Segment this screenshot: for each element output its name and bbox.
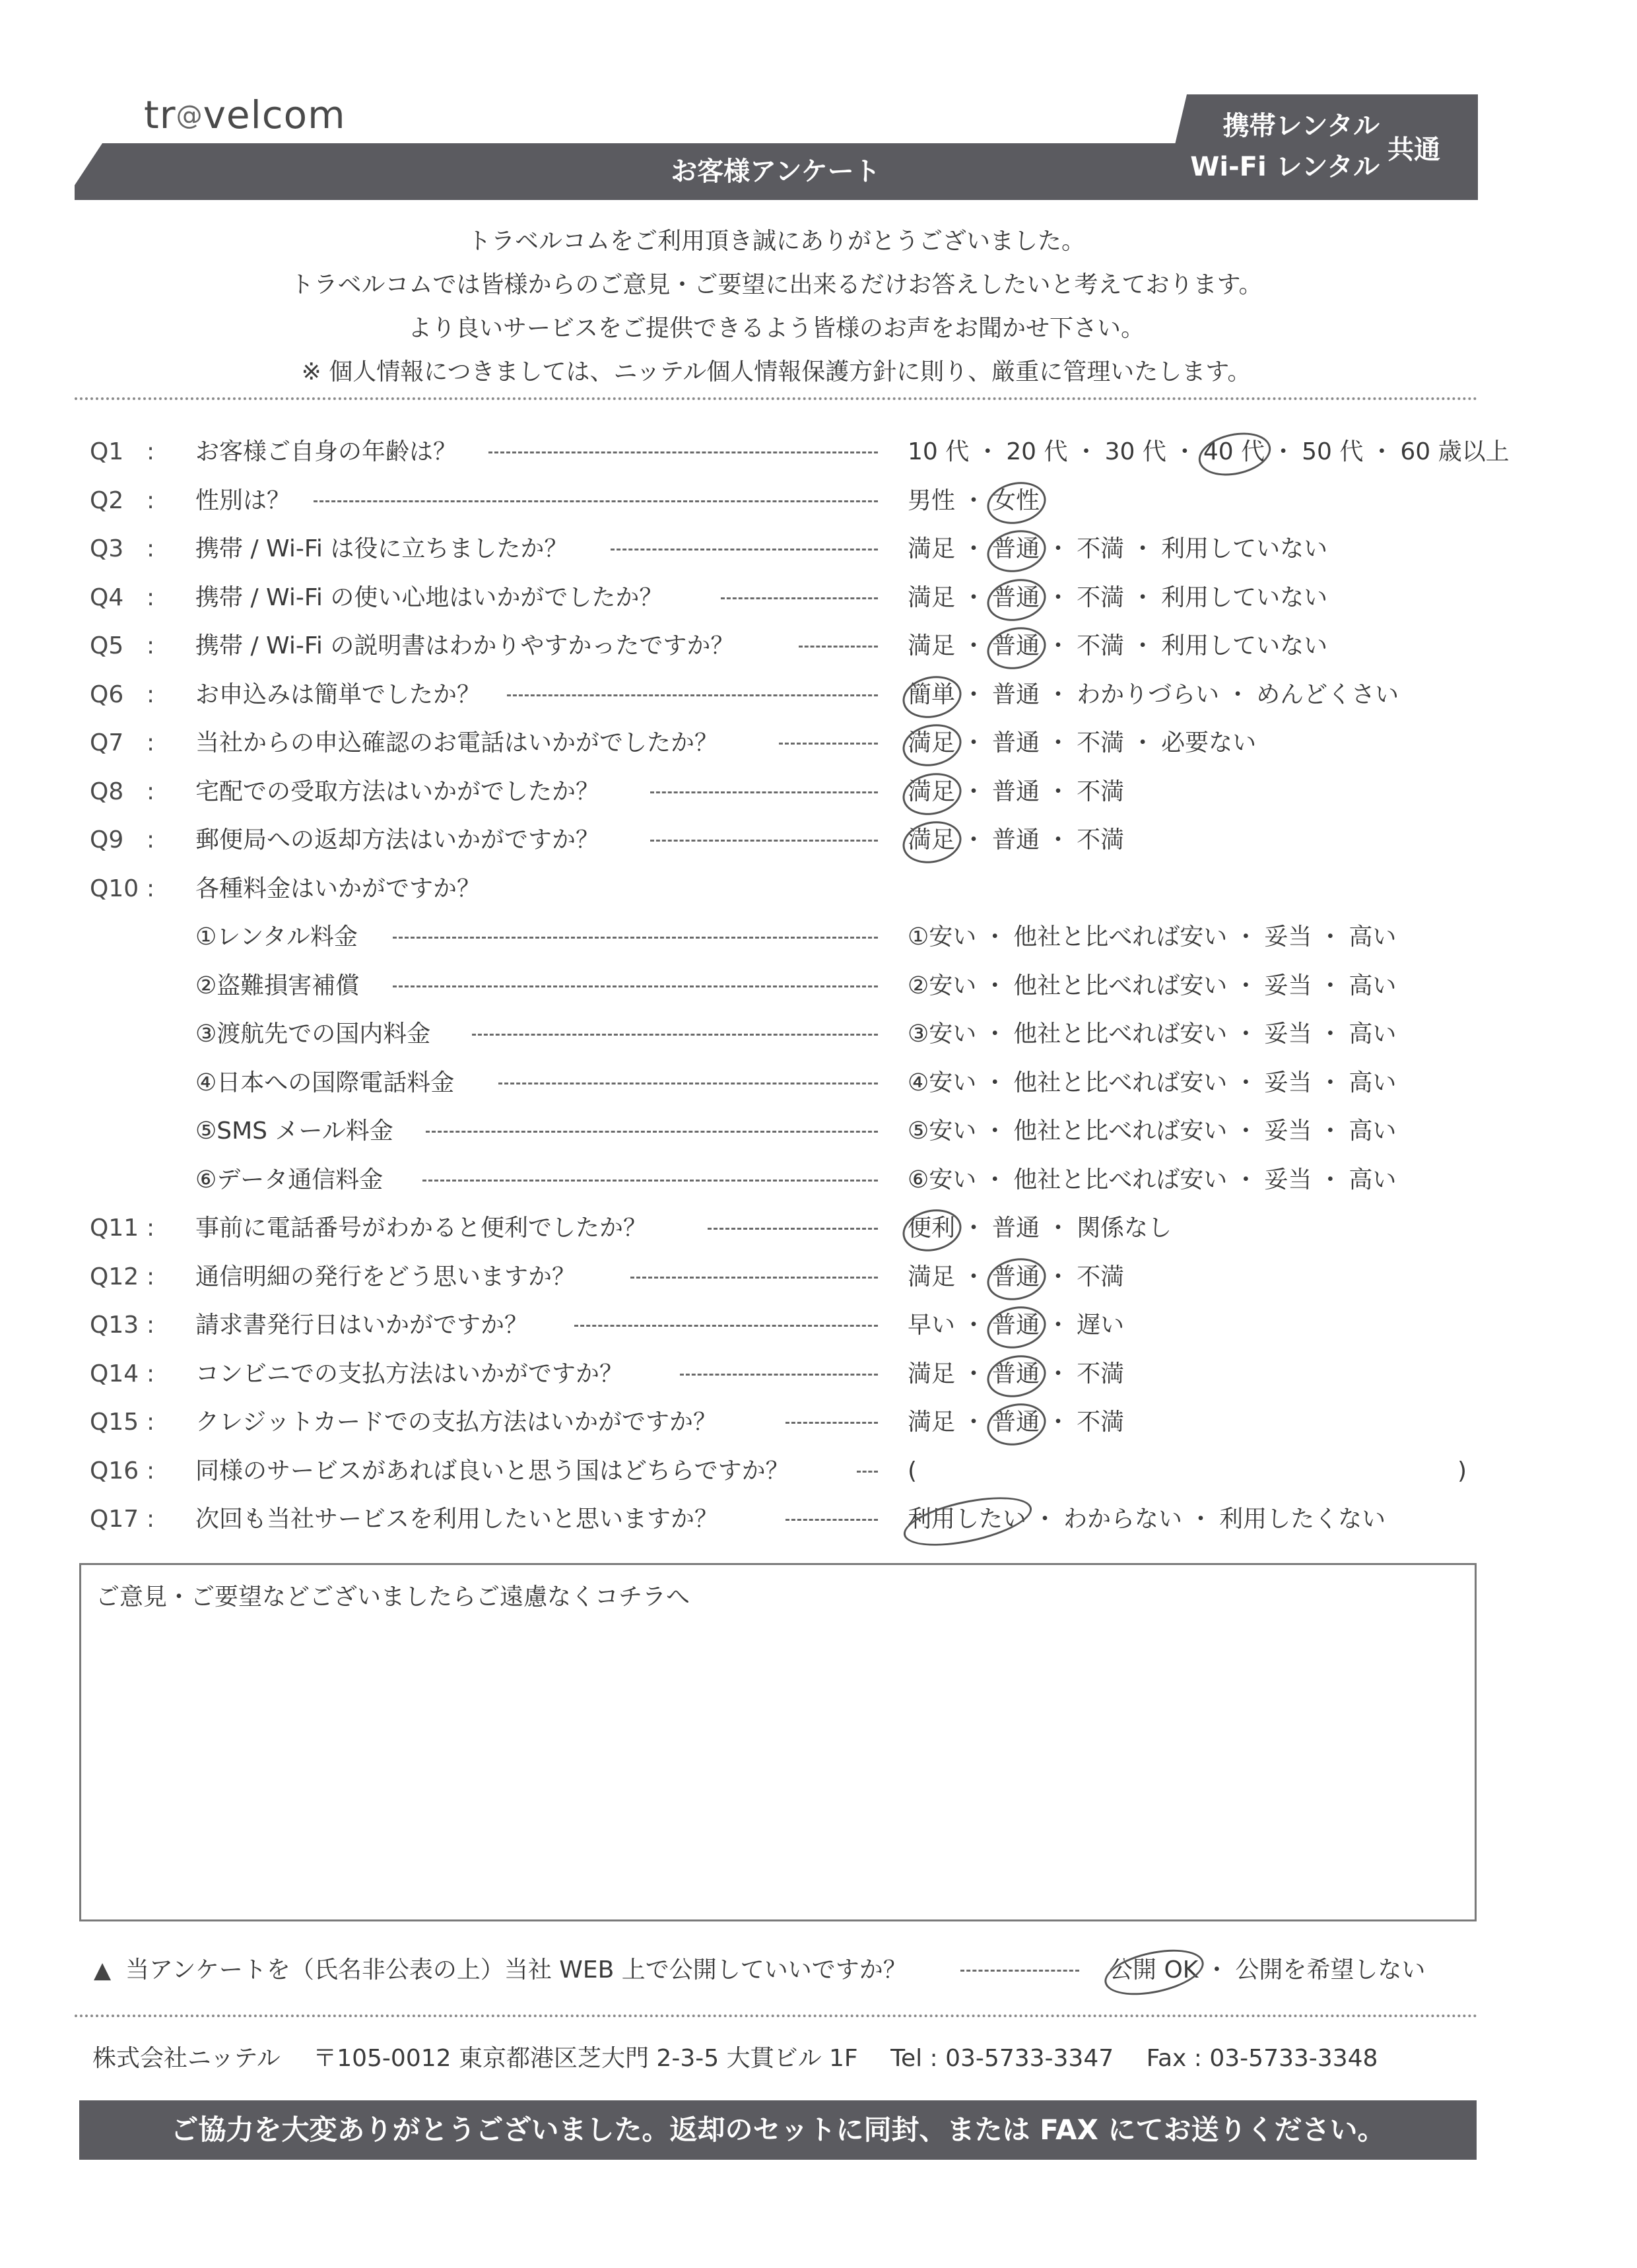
answer-option[interactable]: 妥当 (1264, 1015, 1312, 1054)
answer-option-selected[interactable]: 満足 (908, 772, 955, 812)
company-name: 株式会社ニッテル (92, 2045, 281, 2072)
answer-option[interactable]: 普通 (992, 820, 1040, 860)
q10-item-label: ①レンタル料金 (195, 917, 358, 957)
answer-option[interactable]: 50 代 (1302, 432, 1363, 472)
option-separator: ・ (983, 1015, 1007, 1054)
rental-mobile: 携帯レンタル (1168, 106, 1380, 147)
option-separator: ・ (1046, 626, 1070, 666)
answer-option[interactable]: 不満 (1077, 1354, 1124, 1394)
option-separator: ・ (1075, 432, 1098, 472)
option-separator: ・ (962, 820, 986, 860)
question-row-q13: Q13:請求書発行日はいかがですか？早い・普通・遅い (0, 1306, 1637, 1345)
question-text: 各種料金はいかがですか？ (195, 869, 481, 909)
question-number: Q9 (90, 820, 123, 860)
question-number: Q16 (90, 1451, 139, 1491)
intro-line: ※ 個人情報につきましては、ニッテル個人情報保護方針に則り、厳重に管理いたします… (75, 350, 1478, 394)
answer-option[interactable]: 高い (1349, 1112, 1396, 1151)
answer-option[interactable]: 他社と比べれば安い (1013, 1063, 1227, 1103)
answer-option[interactable]: 遅い (1077, 1306, 1124, 1345)
option-separator: ・ (1234, 966, 1257, 1006)
question-colon: : (147, 1451, 154, 1491)
option-separator: ・ (1234, 1063, 1257, 1103)
answer-option[interactable]: 他社と比べれば安い (1013, 1160, 1227, 1200)
question-text: 請求書発行日はいかがですか？ (195, 1306, 528, 1345)
answer-option[interactable]: ③安い (908, 1015, 976, 1054)
answer-option[interactable]: 満足 (908, 578, 955, 618)
option-separator: ・ (1271, 432, 1295, 472)
option-separator: ・ (962, 626, 986, 666)
option-separator: ・ (1189, 1500, 1213, 1539)
question-row-q12: Q12:通信明細の発行をどう思いますか？満足・普通・不満 (0, 1257, 1637, 1297)
option-separator: ・ (962, 675, 986, 715)
answer-options: 早い・普通・遅い (908, 1306, 1124, 1345)
page-title: お客様アンケート (667, 150, 885, 188)
answer-option[interactable]: 満足 (908, 626, 955, 666)
leader-dashes (426, 1131, 878, 1133)
leader-dashes (498, 1083, 878, 1084)
question-number: Q13 (90, 1306, 139, 1345)
option-separator: ・ (1046, 723, 1070, 763)
country-input-close-paren: ) (1457, 1451, 1467, 1491)
intro-line: トラベルコムでは皆様からのご意見・ご要望に出来るだけお答えしたいと考えております… (75, 263, 1478, 307)
question-row-q17: Q17:次回も当社サービスを利用したいと思いますか？利用したい・わからない・利用… (0, 1500, 1637, 1539)
option-separator: ・ (1046, 1257, 1070, 1297)
answer-options: 利用したい・わからない・利用したくない (908, 1500, 1386, 1539)
question-colon: : (147, 723, 154, 763)
question-text: 性別は？ (195, 481, 290, 521)
rental-wifi: Wi-Fi レンタル (1168, 147, 1380, 187)
intro-line: より良いサービスをご提供できるよう皆様のお声をお聞かせ下さい。 (75, 307, 1478, 350)
answer-option[interactable]: 必要ない (1161, 723, 1256, 763)
answer-option[interactable]: 他社と比べれば安い (1013, 917, 1227, 957)
answer-options: 満足・普通・不満 (908, 772, 1124, 812)
answer-options: 満足・普通・不満 (908, 820, 1124, 860)
answer-option[interactable]: 他社と比べれば安い (1013, 966, 1227, 1006)
publish-answers: 公開 OK・公開を希望しない (1109, 1951, 1425, 1990)
q10-item-row: ③渡航先での国内料金③安い・他社と比べれば安い・妥当・高い (0, 1015, 1637, 1054)
question-row-q16: Q16:同様のサービスがあれば良いと思う国はどちらですか？() (0, 1451, 1637, 1491)
question-row-q7: Q7:当社からの申込確認のお電話はいかがでしたか？満足・普通・不満・必要ない (0, 723, 1637, 763)
question-text: 通信明細の発行をどう思いますか？ (195, 1257, 576, 1297)
q10-item-label: ⑥データ通信料金 (195, 1160, 383, 1200)
option-separator: ・ (1046, 675, 1070, 715)
option-separator: ・ (962, 481, 986, 521)
comment-box[interactable]: ご意見・ご要望などございましたらご遠慮なくコチラへ (79, 1563, 1477, 1921)
q10-item-label: ③渡航先での国内料金 (195, 1015, 430, 1054)
publish-option-selected[interactable]: 公開 OK (1109, 1951, 1198, 1990)
answer-option[interactable]: 不満 (1077, 626, 1124, 666)
question-colon: : (147, 772, 154, 812)
answer-option[interactable]: 30 代 (1105, 432, 1166, 472)
leader-dashes (785, 1422, 878, 1424)
answer-option-selected[interactable]: 40 代 (1203, 432, 1265, 472)
option-separator: ・ (1234, 917, 1257, 957)
q10-item-label: ⑤SMS メール料金 (195, 1112, 393, 1151)
answer-option[interactable]: 満足 (908, 1403, 955, 1442)
answer-option[interactable]: ⑥安い (908, 1160, 976, 1200)
question-colon: : (147, 1209, 154, 1248)
option-separator: ・ (1046, 772, 1070, 812)
answer-option-selected[interactable]: 満足 (908, 820, 955, 860)
company-fax: Fax : 03-5733-3348 (1147, 2045, 1378, 2072)
question-row-q2: Q2:性別は？男性・女性 (0, 481, 1637, 521)
q10-item-row: ⑤SMS メール料金⑤安い・他社と比べれば安い・妥当・高い (0, 1112, 1637, 1151)
answer-option[interactable]: わからない (1063, 1500, 1182, 1539)
option-separator: ・ (1205, 1951, 1228, 1990)
answer-option[interactable]: 満足 (908, 1257, 955, 1297)
option-separator: ・ (962, 578, 986, 618)
q10-item-row: ④日本への国際電話料金④安い・他社と比べれば安い・妥当・高い (0, 1063, 1637, 1103)
answer-options: 満足・普通・不満・必要ない (908, 723, 1256, 763)
answer-option[interactable]: ④安い (908, 1063, 976, 1103)
leader-dashes (393, 985, 878, 987)
option-separator: ・ (1318, 1160, 1342, 1200)
question-number: Q5 (90, 626, 123, 666)
option-separator: ・ (1173, 432, 1197, 472)
answer-option[interactable]: 妥当 (1264, 1063, 1312, 1103)
answer-option[interactable]: 早い (908, 1306, 955, 1345)
question-text: お客様ご自身の年齢は？ (195, 432, 457, 472)
question-row-q11: Q11:事前に電話番号がわかると便利でしたか？便利・普通・関係なし (0, 1209, 1637, 1248)
triangle-marker-icon: ▲ (94, 1951, 111, 1990)
question-text: 次回も当社サービスを利用したいと思いますか？ (195, 1500, 718, 1539)
question-number: Q12 (90, 1257, 139, 1297)
question-text: クレジットカードでの支払方法はいかがですか？ (195, 1403, 717, 1442)
option-separator: ・ (1318, 1112, 1342, 1151)
answer-option[interactable]: 妥当 (1264, 917, 1312, 957)
answer-option-selected[interactable]: 便利 (908, 1209, 955, 1248)
answer-option[interactable]: 妥当 (1264, 1160, 1312, 1200)
answer-option[interactable]: 20 代 (1006, 432, 1067, 472)
answer-option[interactable]: 利用していない (1161, 578, 1327, 618)
company-info: 株式会社ニッテル 〒105-0012 東京都港区芝大門 2-3-5 大貫ビル 1… (92, 2040, 1479, 2073)
question-colon: : (147, 1354, 154, 1394)
option-separator: ・ (1046, 529, 1070, 569)
question-colon: : (147, 869, 154, 909)
q10-item-row: ②盗難損害補償②安い・他社と比べれば安い・妥当・高い (0, 966, 1637, 1006)
leader-dashes (314, 500, 878, 502)
intro-text: トラベルコムをご利用頂き誠にありがとうございました。 トラベルコムでは皆様からの… (75, 220, 1478, 394)
answer-option-selected[interactable]: 満足 (908, 723, 955, 763)
leader-dashes (680, 1374, 878, 1376)
question-text: 同様のサービスがあれば良いと思う国はどちらですか？ (195, 1451, 789, 1491)
option-separator: ・ (983, 1112, 1007, 1151)
answer-option[interactable]: 高い (1349, 1015, 1396, 1054)
option-separator: ・ (1033, 1500, 1057, 1539)
answer-option-selected[interactable]: 普通 (992, 1306, 1040, 1345)
question-colon: : (147, 1306, 154, 1345)
question-text: 携帯 / Wi-Fi は役に立ちましたか？ (195, 529, 568, 569)
option-separator: ・ (962, 1209, 986, 1248)
company-tel: Tel : 03-5733-3347 (890, 2045, 1114, 2072)
question-colon: : (147, 481, 154, 521)
question-colon: : (147, 1403, 154, 1442)
answer-option[interactable]: 普通 (992, 675, 1040, 715)
leader-dashes (630, 1277, 878, 1279)
survey-page: tr@velcom お客様アンケート 携帯レンタル Wi-Fi レンタル 共通 … (0, 0, 1637, 2268)
question-number: Q7 (90, 723, 123, 763)
option-separator: ・ (1131, 626, 1154, 666)
answer-option[interactable]: 高い (1349, 1063, 1396, 1103)
question-number: Q6 (90, 675, 123, 715)
leader-dashes (650, 791, 878, 793)
leader-dashes (779, 743, 878, 745)
answer-options: 満足・普通・不満 (908, 1403, 1124, 1442)
logo-prefix: tr (144, 92, 176, 137)
question-number: Q10 (90, 869, 139, 909)
answer-option-selected[interactable]: 普通 (992, 626, 1040, 666)
option-separator: ・ (983, 1160, 1007, 1200)
intro-line: トラベルコムをご利用頂き誠にありがとうございました。 (75, 220, 1478, 263)
leader-dashes (422, 1180, 878, 1182)
leader-dashes (393, 937, 878, 939)
answer-options: 便利・普通・関係なし (908, 1209, 1172, 1248)
question-row-q9: Q9:郵便局への返却方法はいかがですか？満足・普通・不満 (0, 820, 1637, 860)
question-colon: : (147, 432, 154, 472)
publish-consent-row: ▲ 当アンケートを（氏名非公表の上）当社 WEB 上で公開していいですか？ 公開… (0, 1951, 1637, 1990)
option-separator: ・ (1131, 723, 1154, 763)
answer-option[interactable]: 妥当 (1264, 966, 1312, 1006)
answer-option[interactable]: 不満 (1077, 1403, 1124, 1442)
answer-options: ⑤安い・他社と比べれば安い・妥当・高い (908, 1112, 1396, 1151)
answer-option-selected[interactable]: 普通 (992, 578, 1040, 618)
answer-option[interactable]: 利用していない (1161, 626, 1327, 666)
answer-options: 満足・普通・不満・利用していない (908, 578, 1327, 618)
answer-option-selected[interactable]: 普通 (992, 1257, 1040, 1297)
answer-options: ④安い・他社と比べれば安い・妥当・高い (908, 1063, 1396, 1103)
question-row-q8: Q8:宅配での受取方法はいかがでしたか？満足・普通・不満 (0, 772, 1637, 812)
question-number: Q15 (90, 1403, 139, 1442)
option-separator: ・ (1046, 578, 1070, 618)
answer-option[interactable]: ②安い (908, 966, 976, 1006)
question-colon: : (147, 1500, 154, 1539)
country-input[interactable] (924, 1451, 1452, 1491)
option-separator: ・ (1318, 966, 1342, 1006)
answer-option-selected[interactable]: 普通 (992, 1354, 1040, 1394)
option-separator: ・ (962, 1257, 986, 1297)
option-separator: ・ (962, 772, 986, 812)
leader-dashes (785, 1519, 878, 1521)
logo-at-icon: @ (176, 100, 203, 131)
thanks-banner: ご協力を大変ありがとうございました。返却のセットに同封、または FAX にてお送… (79, 2100, 1477, 2160)
option-separator: ・ (1370, 432, 1393, 472)
answer-options: 満足・普通・不満・利用していない (908, 626, 1327, 666)
option-separator: ・ (1234, 1112, 1257, 1151)
option-separator: ・ (1226, 675, 1250, 715)
answer-options: ⑥安い・他社と比べれば安い・妥当・高い (908, 1160, 1396, 1200)
common-label: 共通 (1387, 129, 1440, 166)
question-text: 携帯 / Wi-Fi の説明書はわかりやすかったですか？ (195, 626, 734, 666)
option-separator: ・ (1318, 917, 1342, 957)
answer-options: ①安い・他社と比べれば安い・妥当・高い (908, 917, 1396, 957)
answer-option[interactable]: 60 歳以上 (1400, 432, 1509, 472)
option-separator: ・ (1046, 820, 1070, 860)
question-row-q3: Q3:携帯 / Wi-Fi は役に立ちましたか？満足・普通・不満・利用していない (0, 529, 1637, 569)
answer-option[interactable]: 利用していない (1161, 529, 1327, 569)
travelcom-logo: tr@velcom (144, 92, 346, 137)
question-number: Q14 (90, 1354, 139, 1394)
option-separator: ・ (1131, 578, 1154, 618)
question-colon: : (147, 675, 154, 715)
question-text: 当社からの申込確認のお電話はいかがでしたか？ (195, 723, 718, 763)
answer-option-selected[interactable]: 簡単 (908, 675, 955, 715)
option-separator: ・ (962, 1306, 986, 1345)
answer-option[interactable]: 他社と比べれば安い (1013, 1015, 1227, 1054)
answer-option[interactable]: 不満 (1077, 723, 1124, 763)
leader-dashes (960, 1970, 1079, 1972)
answer-option[interactable]: 普通 (992, 723, 1040, 763)
leader-dashes (507, 694, 878, 696)
question-row-q1: Q1:お客様ご自身の年齢は？10 代・20 代・30 代・40 代・50 代・6… (0, 432, 1637, 472)
option-separator: ・ (983, 966, 1007, 1006)
question-number: Q3 (90, 529, 123, 569)
answer-option[interactable]: 普通 (992, 772, 1040, 812)
question-number: Q2 (90, 481, 123, 521)
question-number: Q11 (90, 1209, 139, 1248)
question-row-q14: Q14:コンビニでの支払方法はいかがですか？満足・普通・不満 (0, 1354, 1637, 1394)
question-text: コンビニでの支払方法はいかがですか？ (195, 1354, 623, 1394)
option-separator: ・ (1318, 1063, 1342, 1103)
answer-option[interactable]: 妥当 (1264, 1112, 1312, 1151)
answer-option[interactable]: 関係なし (1077, 1209, 1172, 1248)
answer-option-selected[interactable]: 普通 (992, 1403, 1040, 1442)
question-number: Q4 (90, 578, 123, 618)
answer-option[interactable]: わかりづらい (1077, 675, 1219, 715)
answer-options: 満足・普通・不満 (908, 1354, 1124, 1394)
question-row-q10: Q10:各種料金はいかがですか？ (0, 869, 1637, 909)
publish-question: 当アンケートを（氏名非公表の上）当社 WEB 上で公開していいですか？ (125, 1951, 907, 1990)
leader-dashes (799, 646, 878, 648)
question-number: Q8 (90, 772, 123, 812)
logo-suffix: velcom (203, 92, 346, 137)
country-input-open-paren: ( (908, 1451, 917, 1491)
answer-option[interactable]: 不満 (1077, 578, 1124, 618)
answer-option-selected[interactable]: 女性 (992, 481, 1040, 521)
rental-types: 携帯レンタル Wi-Fi レンタル (1168, 106, 1380, 187)
answer-option[interactable]: 高い (1349, 966, 1396, 1006)
leader-dashes (650, 840, 878, 842)
q10-item-label: ④日本への国際電話料金 (195, 1063, 454, 1103)
question-number: Q1 (90, 432, 123, 472)
q10-item-label: ②盗難損害補償 (195, 966, 359, 1006)
question-row-q15: Q15:クレジットカードでの支払方法はいかがですか？満足・普通・不満 (0, 1403, 1637, 1442)
answer-options: 満足・普通・不満 (908, 1257, 1124, 1297)
answer-option[interactable]: 不満 (1077, 529, 1124, 569)
leader-dashes (708, 1228, 878, 1230)
option-separator: ・ (1318, 1015, 1342, 1054)
question-colon: : (147, 820, 154, 860)
leader-dashes (721, 597, 878, 599)
option-separator: ・ (962, 1354, 986, 1394)
leader-dashes (472, 1034, 878, 1036)
leader-dashes (488, 451, 878, 453)
answer-option[interactable]: ⑤安い (908, 1112, 976, 1151)
answer-option[interactable]: 不満 (1077, 772, 1124, 812)
option-separator: ・ (1131, 529, 1154, 569)
answer-option[interactable]: 高い (1349, 917, 1396, 957)
question-text: 宅配での受取方法はいかがでしたか？ (195, 772, 599, 812)
answer-options: ②安い・他社と比べれば安い・妥当・高い (908, 966, 1396, 1006)
leader-dashes (611, 549, 878, 550)
answer-option[interactable]: 不満 (1077, 1257, 1124, 1297)
answer-options: 満足・普通・不満・利用していない (908, 529, 1327, 569)
answer-option[interactable]: 普通 (992, 1209, 1040, 1248)
answer-options: 10 代・20 代・30 代・40 代・50 代・60 歳以上 (908, 432, 1510, 472)
comment-label: ご意見・ご要望などございましたらご遠慮なくコチラへ (96, 1578, 690, 1612)
question-text: お申込みは簡単でしたか？ (195, 675, 481, 715)
answer-option[interactable]: 10 代 (908, 432, 969, 472)
publish-option[interactable]: 公開を希望しない (1235, 1951, 1425, 1990)
question-text: 郵便局への返却方法はいかがですか？ (195, 820, 599, 860)
option-separator: ・ (1046, 1306, 1070, 1345)
answer-option-selected[interactable]: 普通 (992, 529, 1040, 569)
question-number: Q17 (90, 1500, 139, 1539)
question-colon: : (147, 626, 154, 666)
answer-options: 簡単・普通・わかりづらい・めんどくさい (908, 675, 1399, 715)
option-separator: ・ (1234, 1160, 1257, 1200)
answer-option[interactable]: 不満 (1077, 820, 1124, 860)
company-address: 〒105-0012 東京都港区芝大門 2-3-5 大貫ビル 1F (313, 2045, 857, 2072)
question-text: 事前に電話番号がわかると便利でしたか？ (195, 1209, 647, 1248)
answer-option[interactable]: 他社と比べれば安い (1013, 1112, 1227, 1151)
option-separator: ・ (1046, 1209, 1070, 1248)
answer-option[interactable]: 満足 (908, 1354, 955, 1394)
leader-dashes (857, 1471, 878, 1473)
option-separator: ・ (1234, 1015, 1257, 1054)
question-row-q4: Q4:携帯 / Wi-Fi の使い心地はいかがでしたか？満足・普通・不満・利用し… (0, 578, 1637, 618)
option-separator: ・ (962, 723, 986, 763)
answer-options: 男性・女性 (908, 481, 1040, 521)
answer-option[interactable]: 男性 (908, 481, 955, 521)
question-colon: : (147, 1257, 154, 1297)
option-separator: ・ (962, 529, 986, 569)
option-separator: ・ (983, 1063, 1007, 1103)
option-separator: ・ (976, 432, 999, 472)
option-separator: ・ (1046, 1354, 1070, 1394)
answer-option[interactable]: めんどくさい (1256, 675, 1399, 715)
question-row-q6: Q6:お申込みは簡単でしたか？簡単・普通・わかりづらい・めんどくさい (0, 675, 1637, 715)
answer-option-selected[interactable]: 利用したい (908, 1500, 1026, 1539)
answer-option[interactable]: 利用したくない (1219, 1500, 1386, 1539)
q10-item-row: ①レンタル料金①安い・他社と比べれば安い・妥当・高い (0, 917, 1637, 957)
divider (75, 2015, 1478, 2017)
question-colon: : (147, 578, 154, 618)
option-separator: ・ (1046, 1403, 1070, 1442)
answer-option[interactable]: ①安い (908, 917, 976, 957)
divider (75, 397, 1478, 400)
answer-option[interactable]: 高い (1349, 1160, 1396, 1200)
answer-options: ③安い・他社と比べれば安い・妥当・高い (908, 1015, 1396, 1054)
option-separator: ・ (983, 917, 1007, 957)
question-text: 携帯 / Wi-Fi の使い心地はいかがでしたか？ (195, 578, 663, 618)
leader-dashes (574, 1325, 878, 1327)
question-row-q5: Q5:携帯 / Wi-Fi の説明書はわかりやすかったですか？満足・普通・不満・… (0, 626, 1637, 666)
q10-item-row: ⑥データ通信料金⑥安い・他社と比べれば安い・妥当・高い (0, 1160, 1637, 1200)
answer-option[interactable]: 満足 (908, 529, 955, 569)
option-separator: ・ (962, 1403, 986, 1442)
question-colon: : (147, 529, 154, 569)
